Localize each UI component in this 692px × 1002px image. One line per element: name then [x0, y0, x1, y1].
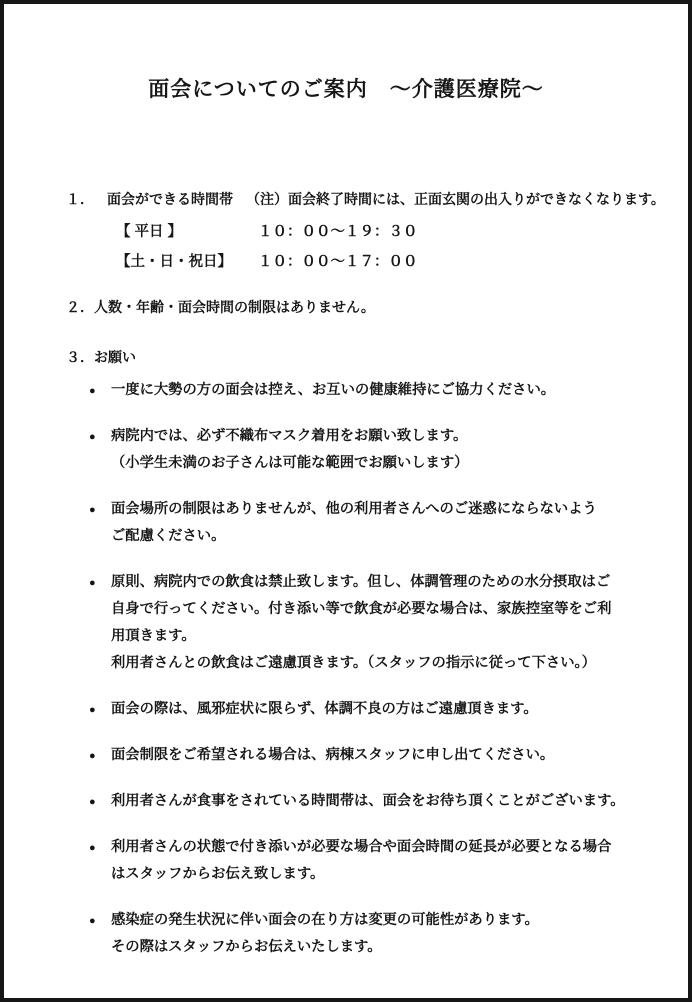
section-requests-title: お願い: [94, 348, 136, 366]
visiting-hours-schedule: 【 平日 】 １０：００～１９：３０ 【土・日・祝日】 １０：００～１７：００: [116, 222, 670, 272]
page-title: 面会についてのご案内 ～介護医療院～: [4, 4, 688, 104]
section-no-limits-number: ２．: [66, 298, 94, 316]
schedule-day-label: 【土・日・祝日】: [116, 252, 258, 272]
schedule-row-weekday: 【 平日 】 １０：００～１９：３０: [116, 222, 670, 242]
section-visiting-hours-number: １．: [66, 190, 94, 208]
section-no-limits-text: 人数・年齢・面会時間の制限はありません。: [94, 298, 375, 316]
request-item-extension: 利用者さんの状態で付き添いが必要な場合や面会時間の延長が必要となる場合 はスタッ…: [66, 834, 670, 888]
schedule-time-value: １０：００～１７：００: [258, 252, 418, 272]
document-content: １．面会ができる時間帯 （注）面会終了時間には、正面玄関の出入りができなくなりま…: [4, 190, 688, 961]
request-item-mealtime: 利用者さんが食事をされている時間帯は、面会をお待ち頂くことがございます。: [66, 788, 670, 815]
request-item-crowd: 一度に大勢の方の面会は控え、お互いの健康維持にご協力ください。: [66, 377, 670, 404]
section-requests-heading: ３．お願い: [66, 348, 670, 366]
schedule-day-label: 【 平日 】: [116, 222, 258, 242]
request-item-restriction: 面会制限をご希望される場合は、病棟スタッフに申し出てください。: [66, 742, 670, 769]
request-item-infection: 感染症の発生状況に伴い面会の在り方は変更の可能性があります。 その際はスタッフか…: [66, 907, 670, 961]
schedule-row-weekend: 【土・日・祝日】 １０：００～１７：００: [116, 252, 670, 272]
document-page: 面会についてのご案内 ～介護医療院～ １．面会ができる時間帯 （注）面会終了時間…: [0, 0, 692, 1002]
request-item-mask: 病院内では、必ず不織布マスク着用をお願い致します。 （小学生未満のお子さんは可能…: [66, 423, 670, 477]
section-visiting-hours-note: （注）面会終了時間には、正面玄関の出入りができなくなります。: [246, 190, 665, 208]
requests-list: 一度に大勢の方の面会は控え、お互いの健康維持にご協力ください。 病院内では、必ず…: [66, 377, 670, 961]
section-requests-number: ３．: [66, 348, 94, 366]
section-visiting-hours-heading: １．面会ができる時間帯 （注）面会終了時間には、正面玄関の出入りができなくなりま…: [66, 190, 670, 208]
request-item-location: 面会場所の制限はありませんが、他の利用者さんへのご迷惑にならないよう ご配慮くだ…: [66, 496, 670, 550]
request-item-food-drink: 原則、病院内での飲食は禁止致します。但し、体調管理のための水分摂取はご 自身で行…: [66, 569, 670, 677]
request-item-illness: 面会の際は、風邪症状に限らず、体調不良の方はご遠慮頂きます。: [66, 696, 670, 723]
section-visiting-hours-title: 面会ができる時間帯: [107, 190, 233, 208]
section-no-limits: ２．人数・年齢・面会時間の制限はありません。: [66, 298, 670, 316]
schedule-time-value: １０：００～１９：３０: [258, 222, 418, 242]
